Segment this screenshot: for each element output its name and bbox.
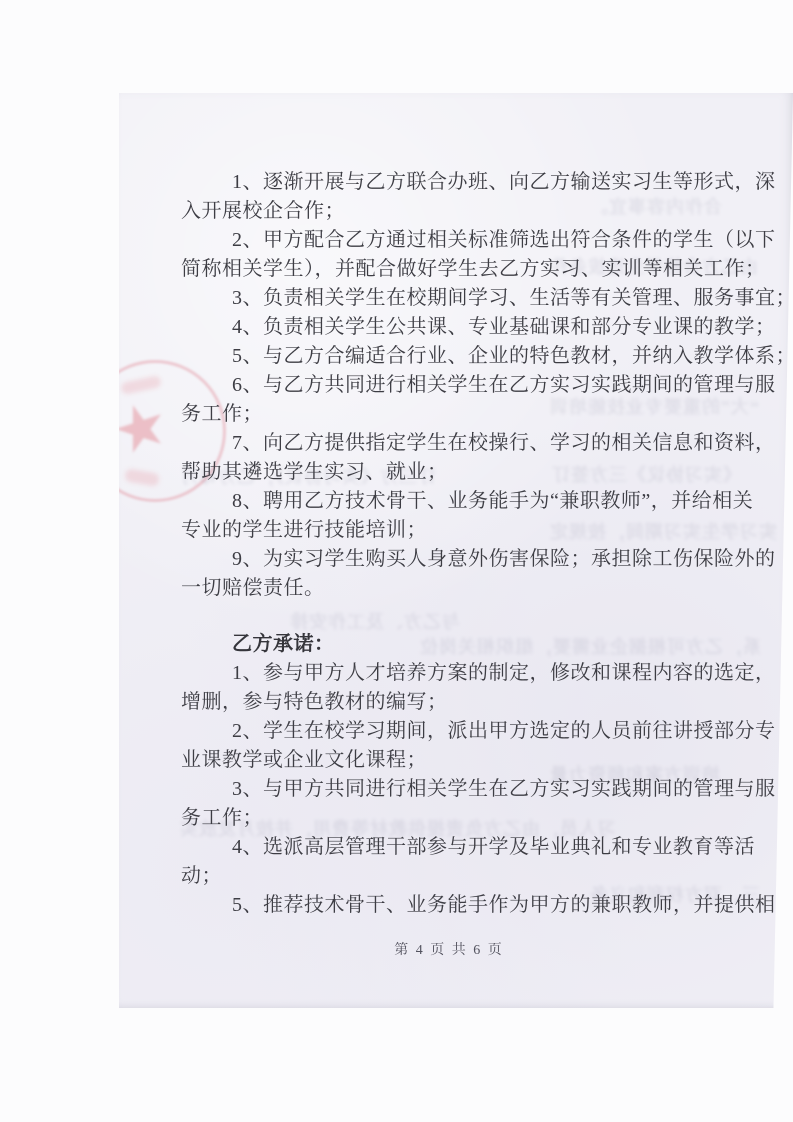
- page-number-footer: 第 4 页 共 6 页: [119, 939, 779, 959]
- text-line: 增删，参与特色教材的编写；: [181, 688, 787, 717]
- text-line: 7、向乙方提供指定学生在校操行、学习的相关信息和资料，: [181, 429, 787, 458]
- document-text: 1、逐渐开展与乙方联合办班、向乙方输送实习生等形式，深入开展校企合作；2、甲方配…: [181, 168, 787, 920]
- text-line: 入开展校企合作；: [181, 197, 787, 226]
- section-heading: 乙方承诺：: [181, 630, 787, 659]
- text-line: 务工作；: [181, 400, 787, 429]
- text-line: 简称相关学生），并配合做好学生去乙方实习、实训等相关工作；: [181, 255, 787, 284]
- text-line: 1、参与甲方人才培养方案的制定，修改和课程内容的选定，: [181, 659, 787, 688]
- text-line: 8、聘用乙方技术骨干、业务能手为“兼职教师”，并给相关: [181, 487, 787, 516]
- text-line: 帮助其遴选学生实习、就业；: [181, 458, 787, 487]
- text-line: 3、负责相关学生在校期间学习、生活等有关管理、服务事宜；: [181, 284, 787, 313]
- document-page: ★ 合作内容事宜。由乙方合格学生选拔条件“大”的重要专业技能培训订三方《实习协议…: [119, 93, 793, 1008]
- text-line: 5、推荐技术骨干、业务能手作为甲方的兼职教师，并提供相: [181, 891, 787, 920]
- blank-line: [181, 603, 787, 630]
- text-line: 9、为实习学生购买人身意外伤害保险；承担除工伤保险外的: [181, 545, 787, 574]
- scan-canvas: { "colors":{ "page_bg":"#f1f0f6", "ink":…: [0, 0, 793, 1122]
- text-line: 6、与乙方共同进行相关学生在乙方实习实践期间的管理与服: [181, 371, 787, 400]
- text-line: 4、负责相关学生公共课、专业基础课和部分专业课的教学；: [181, 313, 787, 342]
- text-line: 2、学生在校学习期间，派出甲方选定的人员前往讲授部分专: [181, 717, 787, 746]
- text-line: 1、逐渐开展与乙方联合办班、向乙方输送实习生等形式，深: [181, 168, 787, 197]
- text-line: 2、甲方配合乙方通过相关标准筛选出符合条件的学生（以下: [181, 226, 787, 255]
- text-line: 专业的学生进行技能培训；: [181, 516, 787, 545]
- text-line: 业课教学或企业文化课程；: [181, 746, 787, 775]
- text-line: 5、与乙方合编适合行业、企业的特色教材，并纳入教学体系；: [181, 342, 787, 371]
- text-line: 动；: [181, 862, 787, 891]
- text-line: 务工作；: [181, 804, 787, 833]
- text-line: 4、选派高层管理干部参与开学及毕业典礼和专业教育等活: [181, 833, 787, 862]
- text-line: 一切赔偿责任。: [181, 574, 787, 603]
- text-line: 3、与甲方共同进行相关学生在乙方实习实践期间的管理与服: [181, 775, 787, 804]
